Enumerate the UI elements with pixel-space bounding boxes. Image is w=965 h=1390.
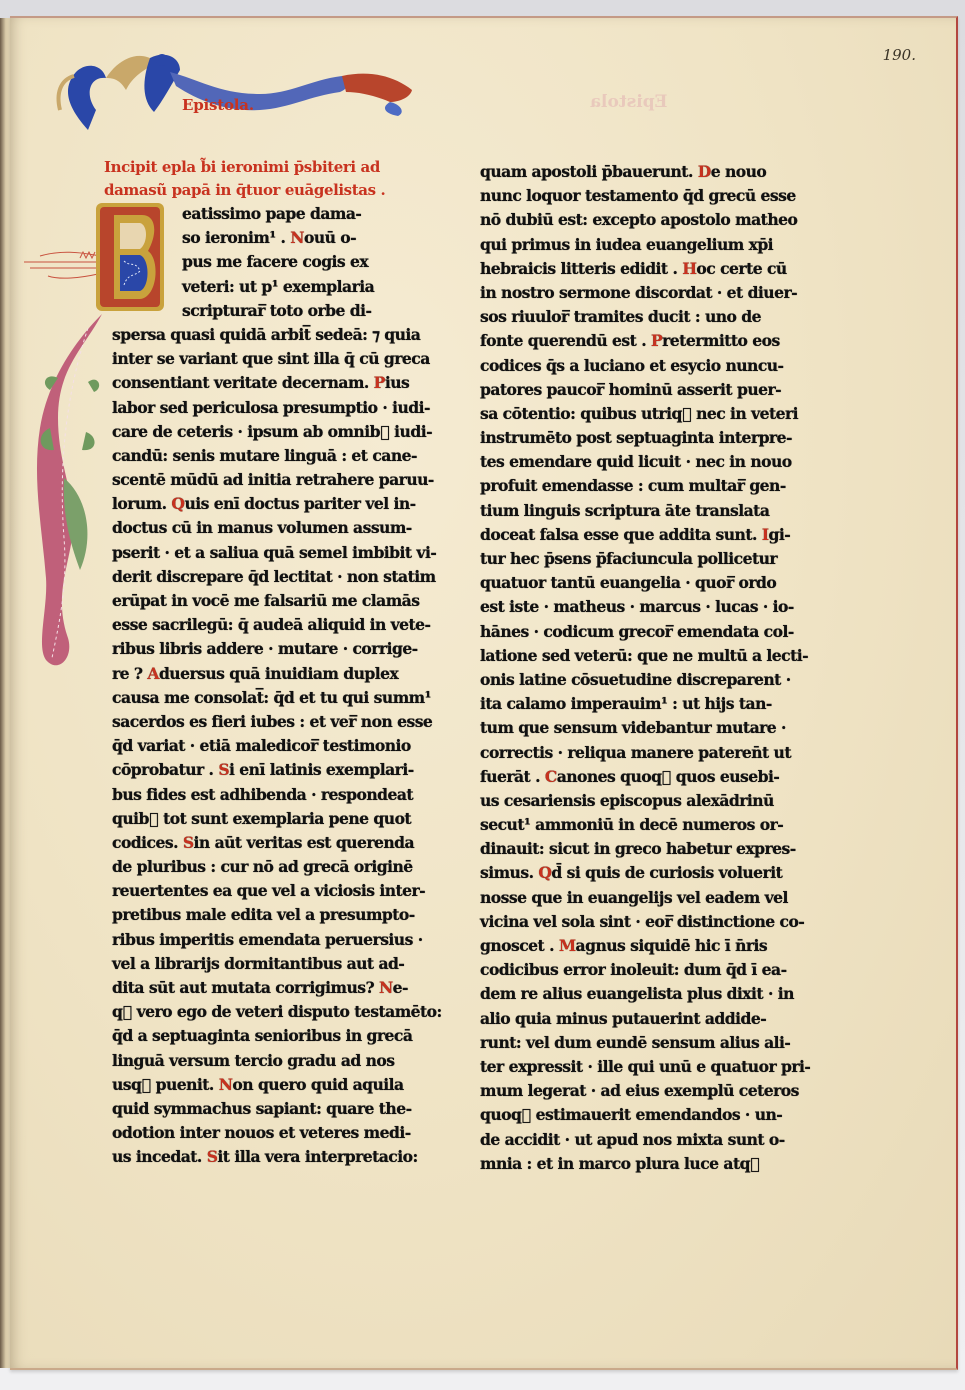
text-line: de pluribus : cur nō ad grecā originē	[112, 855, 424, 879]
text-line: derit discrepare q̄d lectitat · non stat…	[112, 565, 424, 589]
text-line: nō dubiū est: excepto apostolo matheo	[480, 208, 792, 232]
line-text: ribus libris addere · mutare · corrige-	[112, 639, 418, 658]
line-text: gi-	[769, 525, 791, 544]
marginal-vine-icon	[28, 308, 118, 678]
line-text: spersa quasi quidā arbit̅ sedeā: ⁊ qui…	[112, 325, 420, 344]
line-text: q̄d a septuaginta senioribus in grecā	[112, 1026, 412, 1045]
text-line: esse sacrilegū: q̄ audeā aliquid in ve…	[112, 613, 424, 637]
text-line: ribus libris addere · mutare · corrige-	[112, 637, 424, 661]
rubricated-capital: I	[762, 525, 769, 544]
line-text: runt: vel dum eundē sensum alius ali-	[480, 1033, 790, 1052]
text-line: pretibus male edita vel a presumpto-	[112, 903, 424, 927]
line-text: mnia : et in marco plura luce atqᷓ	[480, 1154, 759, 1173]
line-text: tur hec p̄sens p̄faciuncula pollicetur	[480, 549, 777, 568]
text-line: tum que sensum videbantur mutare ·	[480, 716, 792, 740]
line-text: tes emendare quid licuit · nec in nouo	[480, 452, 792, 471]
text-line: doctus cū in manus volumen assum-	[112, 516, 424, 540]
folio-number: 190.	[883, 46, 916, 64]
text-line: usqᷓ puenit. Non quero quid aquila	[112, 1073, 424, 1097]
text-line: profuit emendasse : cum multar̅ gen-	[480, 474, 792, 498]
text-line: quam apostoli p̄bauerunt. De nouo	[480, 160, 792, 184]
rubricated-capital: P	[651, 331, 662, 350]
line-text: q̄d variat · etiā maledicor̅ testimonio	[112, 736, 411, 755]
text-line: causa me consolat̅: q̄d et tu qui summ¹	[112, 686, 424, 710]
text-line: quid symmachus sapiant: quare the-	[112, 1097, 424, 1121]
text-line: scripturar̅ toto orbe di-	[112, 299, 424, 323]
line-text: ribus imperitis emendata peruersius ·	[112, 930, 423, 949]
rubric-line: damasũ papā in q̄tuor euāgelistas .	[104, 179, 434, 202]
line-text: pserit · et a saliua quā semel imbibit …	[112, 543, 436, 562]
line-text: sa cōtentio: quibus utriqᷓ nec in veter…	[480, 404, 798, 423]
line-text: linguā versum tercio gradu ad nos	[112, 1051, 395, 1070]
text-line: lorum. Quis enī doctus pariter vel in-	[112, 492, 424, 516]
line-text: dita sūt aut mutata corrigimus?	[112, 978, 379, 997]
line-text: doctus cū in manus volumen assum-	[112, 518, 412, 537]
line-text: correctis · reliqua manere pateren̄t ut	[480, 743, 791, 762]
line-text: lorum.	[112, 494, 171, 513]
text-line: bus fides est adhibenda · respondeat	[112, 783, 424, 807]
text-line: pserit · et a saliua quā semel imbibit …	[112, 541, 424, 565]
text-line: veteri: ut p¹ exemplaria	[112, 275, 424, 299]
line-text: tum que sensum videbantur mutare ·	[480, 718, 786, 737]
line-text: care de ceteris · ipsum ab omnibᷓ iudi-	[112, 422, 432, 441]
text-line: q̄d variat · etiā maledicor̅ testimonio	[112, 734, 424, 758]
line-text: ouū o-	[304, 228, 356, 247]
text-line: us cesariensis episcopus alexādrinū	[480, 789, 792, 813]
line-text: quid symmachus sapiant: quare the-	[112, 1099, 412, 1118]
rubricated-capital: D	[698, 162, 711, 181]
line-text: derit discrepare q̄d lectitat · non stat…	[112, 567, 436, 586]
text-line: re ? Aduersus quā inuidiam duplex	[112, 662, 424, 686]
line-text: agnus siquidē hic ī n̄ris	[576, 936, 768, 955]
line-text: consentiant veritate decernam.	[112, 373, 374, 392]
line-text: i enī latinis exemplari-	[229, 760, 414, 779]
text-line: runt: vel dum eundē sensum alius ali-	[480, 1031, 792, 1055]
text-line: doceat falsa esse que addita sunt. Igi-	[480, 523, 792, 547]
text-line: codices. Sin aūt veritas est querenda	[112, 831, 424, 855]
line-text: quam apostoli p̄bauerunt.	[480, 162, 698, 181]
line-text: qᷓ vero ego de veteri disputo testamēto…	[112, 1002, 442, 1021]
text-line: ita calamo imperauim¹ : ut hijs tan-	[480, 692, 792, 716]
line-text: codicibus error inoleuit: dum q̄d ī ea-	[480, 960, 787, 979]
rubricated-capital: Q	[538, 863, 551, 882]
text-column-right: quam apostoli p̄bauerunt. De nouonunc lo…	[480, 160, 792, 1176]
line-text: us incedat.	[112, 1147, 207, 1166]
line-text: usqᷓ puenit.	[112, 1075, 219, 1094]
text-line: vel a librarijs dormitantibus aut ad-	[112, 952, 424, 976]
line-text: erūpat in vocē me falsariū me clamās	[112, 591, 419, 610]
text-line: dinauit: sicut in greco habetur expres-	[480, 837, 792, 861]
running-head: Epistola.	[182, 96, 254, 114]
line-text: d̄ si quis de curiosis voluerit	[551, 863, 782, 882]
text-line: quoqᷓ estimauerit emendandos · un-	[480, 1103, 792, 1127]
rubricated-capital: S	[218, 760, 229, 779]
line-text: on quero quid aquila	[232, 1075, 403, 1094]
text-line: secut¹ ammoniū in decē numeros or-	[480, 813, 792, 837]
text-line: onis latine cōsuetudine discreparent ·	[480, 668, 792, 692]
line-text: instrumēto post septuaginta interpre-	[480, 428, 792, 447]
line-text: secut¹ ammoniū in decē numeros or-	[480, 815, 783, 834]
line-text: est iste · matheus · marcus · lucas · io…	[480, 597, 794, 616]
line-text: nō dubiū est: excepto apostolo matheo	[480, 210, 797, 229]
text-line: correctis · reliqua manere pateren̄t ut	[480, 741, 792, 765]
line-text: bus fides est adhibenda · respondeat	[112, 785, 413, 804]
line-text: dinauit: sicut in greco habetur expres-	[480, 839, 796, 858]
line-text: codices.	[112, 833, 183, 852]
rubricated-capital: N	[219, 1075, 233, 1094]
line-text: simus.	[480, 863, 538, 882]
text-line: labor sed periculosa presumptio · iudi-	[112, 396, 424, 420]
text-line: dem re alius euangelista plus dixit · in	[480, 982, 792, 1006]
line-text: profuit emendasse : cum multar̅ gen-	[480, 476, 786, 495]
line-text: tium linguis scriptura āte translata	[480, 501, 769, 520]
text-line: codices q̄s a luciano et esycio nuncu-	[480, 354, 792, 378]
manuscript-page: 190. Epistola Epistola. Incipit epla b̃i…	[10, 16, 958, 1370]
text-line: gnoscet . Magnus siquidē hic ī n̄ris	[480, 934, 792, 958]
text-line: eatissimo pape dama-	[112, 202, 424, 226]
line-text: candū: senis mutare linguā : et cane-	[112, 446, 417, 465]
text-column-left: eatissimo pape dama-so ieronim¹ . Nouū …	[112, 202, 424, 1170]
text-line: fonte querendū est . Pretermitto eos	[480, 329, 792, 353]
line-text: uis enī doctus pariter vel in-	[184, 494, 415, 513]
line-text: pus me facere cogis ex	[182, 252, 368, 271]
showthrough-heading: Epistola	[590, 92, 668, 112]
text-line: care de ceteris · ipsum ab omnibᷓ iudi-	[112, 420, 424, 444]
line-text: quoqᷓ estimauerit emendandos · un-	[480, 1105, 782, 1124]
line-text: oc certe cū	[696, 259, 786, 278]
rubricated-capital: S	[207, 1147, 218, 1166]
line-text: codices q̄s a luciano et esycio nuncu-	[480, 356, 783, 375]
line-text: retermitto eos	[662, 331, 780, 350]
line-text: latione sed veterū: que ne multū a lec…	[480, 646, 808, 665]
line-text: vicina vel sola sint · eor̅ distinctione…	[480, 912, 804, 931]
text-line: scentē mūdū ad initia retrahere paruu…	[112, 468, 424, 492]
text-line: latione sed veterū: que ne multū a lec…	[480, 644, 792, 668]
text-line: tium linguis scriptura āte translata	[480, 499, 792, 523]
rubricated-capital: H	[682, 259, 696, 278]
text-line: odotion inter nouos et veteres medi-	[112, 1121, 424, 1145]
line-text: hebraicis litteris edidit .	[480, 259, 682, 278]
text-line: tur hec p̄sens p̄faciuncula pollicetur	[480, 547, 792, 571]
line-text: de accidit · ut apud nos mixta sunt o-	[480, 1130, 785, 1149]
rubricated-capital: S	[183, 833, 194, 852]
text-line: instrumēto post septuaginta interpre-	[480, 426, 792, 450]
text-line: tes emendare quid licuit · nec in nouo	[480, 450, 792, 474]
text-line: dita sūt aut mutata corrigimus? Ne-	[112, 976, 424, 1000]
rubric-line: Incipit epla b̃i ieronimi p̄sbiteri ad	[104, 156, 434, 179]
rubricated-capital: C	[545, 767, 557, 786]
text-line: vicina vel sola sint · eor̅ distinctione…	[480, 910, 792, 934]
line-text: qui primus in iudea euangelium xp̄i	[480, 235, 773, 254]
text-line: est iste · matheus · marcus · lucas · io…	[480, 595, 792, 619]
rubricated-capital: A	[147, 664, 159, 683]
line-text: inter se variant que sint illa q̄ cū gr…	[112, 349, 430, 368]
line-text: ita calamo imperauim¹ : ut hijs tan-	[480, 694, 772, 713]
line-text: gnoscet .	[480, 936, 559, 955]
text-line: quibᷓ tot sunt exemplaria pene quot	[112, 807, 424, 831]
line-text: odotion inter nouos et veteres medi-	[112, 1123, 411, 1142]
text-line: q̄d a septuaginta senioribus in grecā	[112, 1024, 424, 1048]
line-text: sacerdos es fieri iubes : et ver̅ non es…	[112, 712, 432, 731]
line-text: scripturar̅ toto orbe di-	[182, 301, 371, 320]
text-line: sa cōtentio: quibus utriqᷓ nec in veter…	[480, 402, 792, 426]
line-text: reuertentes ea que vel a viciosis inter-	[112, 881, 425, 900]
text-line: mnia : et in marco plura luce atqᷓ	[480, 1152, 792, 1176]
text-line: nosse que in euangelijs vel eadem vel	[480, 886, 792, 910]
text-line: in nostro sermone discordat · et diuer-	[480, 281, 792, 305]
line-text: ter expressit · ille qui unū e quatuor …	[480, 1057, 810, 1076]
line-text: vel a librarijs dormitantibus aut ad-	[112, 954, 404, 973]
text-line: mum legerat · ad eius exemplū ceteros	[480, 1079, 792, 1103]
text-line: sos riuulor̅ tramites ducit : uno de	[480, 305, 792, 329]
text-line: cōprobatur . Si enī latinis exemplari-	[112, 758, 424, 782]
line-text: ius	[385, 373, 409, 392]
line-text: so ieronim¹ .	[182, 228, 290, 247]
line-text: e nouo	[711, 162, 767, 181]
line-text: alio quia minus putauerint addide-	[480, 1009, 766, 1028]
text-line: hānes · codicum grecor̅ emendata col-	[480, 620, 792, 644]
line-text: de pluribus : cur nō ad grecā originē	[112, 857, 413, 876]
text-line: nunc loquor testamento q̄d grecū esse	[480, 184, 792, 208]
line-text: causa me consolat̅: q̄d et tu qui summ¹	[112, 688, 431, 707]
rubricated-capital: Q	[171, 494, 184, 513]
line-text: pretibus male edita vel a presumpto-	[112, 905, 415, 924]
rubricated-capital: M	[559, 936, 576, 955]
line-text: patores paucor̅ hominū asserit puer-	[480, 380, 781, 399]
line-text: mum legerat · ad eius exemplū ceteros	[480, 1081, 799, 1100]
text-line: spersa quasi quidā arbit̅ sedeā: ⁊ qui…	[112, 323, 424, 347]
text-line: erūpat in vocē me falsariū me clamās	[112, 589, 424, 613]
text-line: simus. Qd̄ si quis de curiosis voluerit	[480, 861, 792, 885]
line-text: in nostro sermone discordat · et diuer-	[480, 283, 797, 302]
rubricated-capital: N	[290, 228, 304, 247]
line-text: us cesariensis episcopus alexādrinū	[480, 791, 774, 810]
rubricated-capital: N	[379, 978, 393, 997]
line-text: dem re alius euangelista plus dixit · in	[480, 984, 794, 1003]
text-line: consentiant veritate decernam. Pius	[112, 371, 424, 395]
line-text: nunc loquor testamento q̄d grecū esse	[480, 186, 796, 205]
text-line: us incedat. Sit illa vera interpretacio:	[112, 1145, 424, 1169]
text-line: pus me facere cogis ex	[112, 250, 424, 274]
text-line: de accidit · ut apud nos mixta sunt o-	[480, 1128, 792, 1152]
line-text: scentē mūdū ad initia retrahere paruu…	[112, 470, 434, 489]
text-line: reuertentes ea que vel a viciosis inter-	[112, 879, 424, 903]
acanthus-border-icon	[50, 50, 470, 140]
line-text: onis latine cōsuetudine discreparent ·	[480, 670, 791, 689]
text-line: codicibus error inoleuit: dum q̄d ī ea-	[480, 958, 792, 982]
text-line: quatuor tantū euangelia · quor̅ ordo	[480, 571, 792, 595]
text-line: ribus imperitis emendata peruersius ·	[112, 928, 424, 952]
line-text: sos riuulor̅ tramites ducit : uno de	[480, 307, 761, 326]
line-text: cōprobatur .	[112, 760, 218, 779]
line-text: in aūt veritas est querenda	[194, 833, 415, 852]
text-line: qᷓ vero ego de veteri disputo testamēto…	[112, 1000, 424, 1024]
text-line: linguā versum tercio gradu ad nos	[112, 1049, 424, 1073]
line-text: quibᷓ tot sunt exemplaria pene quot	[112, 809, 411, 828]
text-line: candū: senis mutare linguā : et cane-	[112, 444, 424, 468]
text-line: patores paucor̅ hominū asserit puer-	[480, 378, 792, 402]
line-text: labor sed periculosa presumptio · iudi-	[112, 398, 430, 417]
line-text: duersus quā inuidiam duplex	[159, 664, 398, 683]
text-line: inter se variant que sint illa q̄ cū gr…	[112, 347, 424, 371]
rubricated-capital: P	[374, 373, 385, 392]
line-text: e-	[393, 978, 408, 997]
line-text: nosse que in euangelijs vel eadem vel	[480, 888, 788, 907]
line-text: eatissimo pape dama-	[182, 204, 361, 223]
line-text: it illa vera interpretacio:	[217, 1147, 417, 1166]
line-text: fuerāt .	[480, 767, 545, 786]
text-line: alio quia minus putauerint addide-	[480, 1007, 792, 1031]
line-text: fonte querendū est .	[480, 331, 651, 350]
text-line: qui primus in iudea euangelium xp̄i	[480, 233, 792, 257]
rubric-incipit: Incipit epla b̃i ieronimi p̄sbiteri ad d…	[104, 156, 434, 202]
line-text: hānes · codicum grecor̅ emendata col-	[480, 622, 794, 641]
text-line: ter expressit · ille qui unū e quatuor …	[480, 1055, 792, 1079]
text-line: sacerdos es fieri iubes : et ver̅ non es…	[112, 710, 424, 734]
line-text: quatuor tantū euangelia · quor̅ ordo	[480, 573, 776, 592]
line-text: anones quoqᷓ quos eusebi-	[557, 767, 780, 786]
text-line: hebraicis litteris edidit . Hoc certe cu…	[480, 257, 792, 281]
line-text: re ?	[112, 664, 147, 683]
text-line: so ieronim¹ . Nouū o-	[112, 226, 424, 250]
text-line: fuerāt . Canones quoqᷓ quos eusebi-	[480, 765, 792, 789]
line-text: esse sacrilegū: q̄ audeā aliquid in ve…	[112, 615, 430, 634]
line-text: veteri: ut p¹ exemplaria	[182, 277, 374, 296]
line-text: doceat falsa esse que addita sunt.	[480, 525, 762, 544]
